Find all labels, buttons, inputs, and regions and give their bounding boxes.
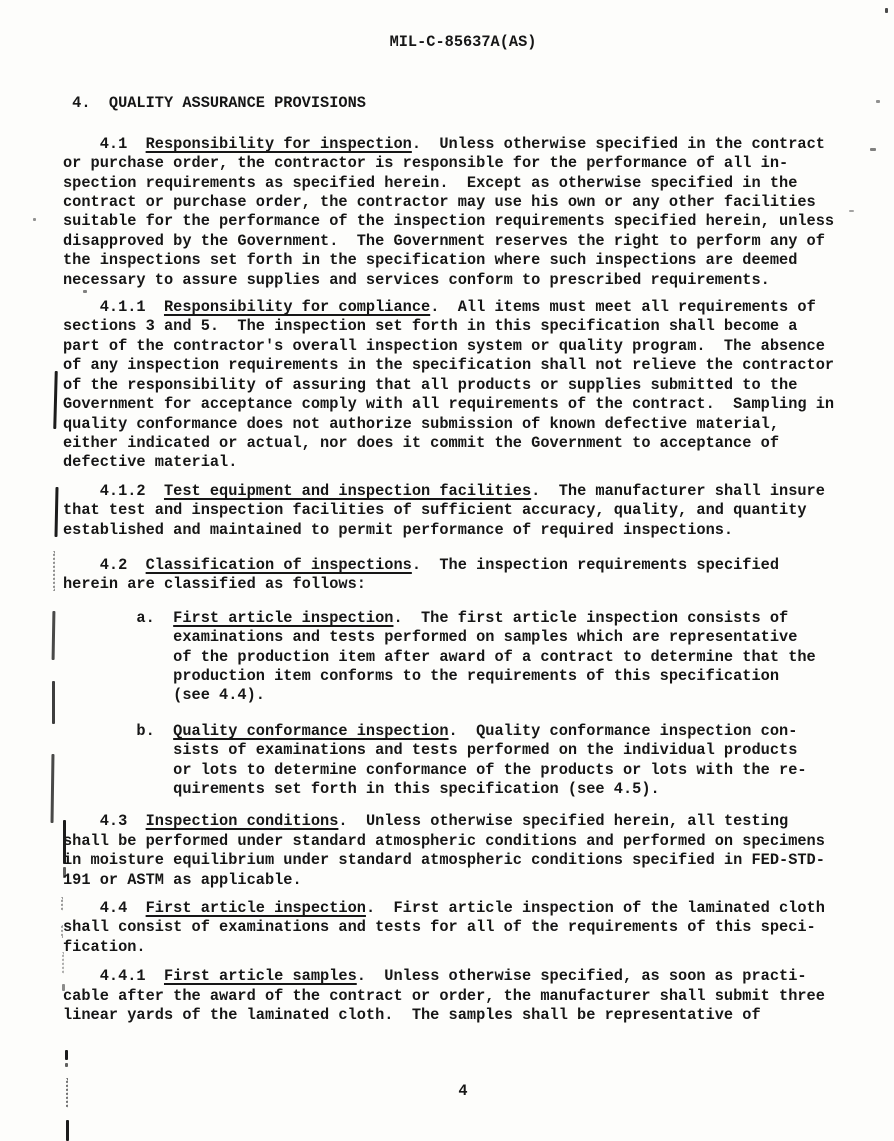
paragraph-number: 4.4 (63, 899, 146, 917)
change-bar (53, 551, 57, 591)
paragraph-title: Responsibility for inspection (146, 135, 412, 153)
paragraph-title: First article inspection (146, 899, 366, 917)
list-item-b: b. Quality conformance inspection. Quali… (63, 722, 863, 800)
paragraph-4-3: 4.3 Inspection conditions. Unless otherw… (63, 812, 863, 890)
change-bar (65, 1050, 68, 1060)
paragraph-title: Responsibility for compliance (164, 298, 430, 316)
paragraph-number: 4.1.2 (63, 482, 164, 500)
list-item-title: First article inspection (173, 609, 393, 627)
paragraph-title: First article samples (164, 967, 357, 985)
change-bar (54, 487, 58, 537)
paragraph-4-1: 4.1 Responsibility for inspection. Unles… (63, 135, 863, 290)
change-bar (66, 1120, 69, 1141)
change-bar (51, 754, 54, 823)
paragraph-4-1-2: 4.1.2 Test equipment and inspection faci… (63, 482, 863, 540)
change-bar (62, 952, 66, 974)
paragraph-body: . Unless otherwise specified in the cont… (63, 135, 834, 289)
list-item-a: a. First article inspection. The first a… (63, 609, 863, 706)
scan-speck (33, 218, 36, 221)
document-page: MIL-C-85637A(AS) 4. QUALITY ASSURANCE PR… (0, 0, 894, 1141)
section-heading: 4. QUALITY ASSURANCE PROVISIONS (63, 94, 863, 113)
paragraph-4-2: 4.2 Classification of inspections. The i… (63, 556, 863, 595)
paragraph-4-1-1: 4.1.1 Responsibility for compliance. All… (63, 298, 863, 473)
paragraph-number: 4.3 (63, 812, 146, 830)
paragraph-title: Classification of inspections (146, 556, 412, 574)
change-bar (52, 681, 55, 724)
change-bar (61, 897, 65, 911)
scan-speck (870, 148, 876, 151)
change-bar (63, 867, 66, 878)
scan-speck (885, 8, 888, 13)
paragraph-body: . All items must meet all requirements o… (63, 298, 834, 471)
scan-speck (849, 210, 854, 212)
change-bar (66, 1078, 70, 1108)
paragraph-number: 4.1 (63, 135, 146, 153)
document-id-header: MIL-C-85637A(AS) (63, 33, 863, 52)
paragraph-number: 4.2 (63, 556, 146, 574)
list-item-title: Quality conformance inspection (173, 722, 448, 740)
change-bar (53, 371, 57, 429)
scan-speck (876, 100, 880, 103)
list-item-letter: a. (63, 609, 173, 627)
paragraph-4-4-1: 4.4.1 First article samples. Unless othe… (63, 967, 863, 1025)
paragraph-title: Test equipment and inspection facilities (164, 482, 531, 500)
page-number: 4 (63, 1082, 863, 1101)
text-column: MIL-C-85637A(AS) 4. QUALITY ASSURANCE PR… (63, 33, 863, 1102)
change-bar (62, 984, 65, 991)
change-bar (52, 611, 55, 660)
change-bar (65, 1063, 68, 1067)
paragraph-number: 4.4.1 (63, 967, 164, 985)
list-item-letter: b. (63, 722, 173, 740)
paragraph-number: 4.1.1 (63, 298, 164, 316)
paragraph-title: Inspection conditions (146, 812, 339, 830)
scan-speck (83, 290, 87, 293)
change-bar (61, 925, 65, 938)
paragraph-4-4: 4.4 First article inspection. First arti… (63, 899, 863, 957)
change-bar (63, 820, 66, 864)
